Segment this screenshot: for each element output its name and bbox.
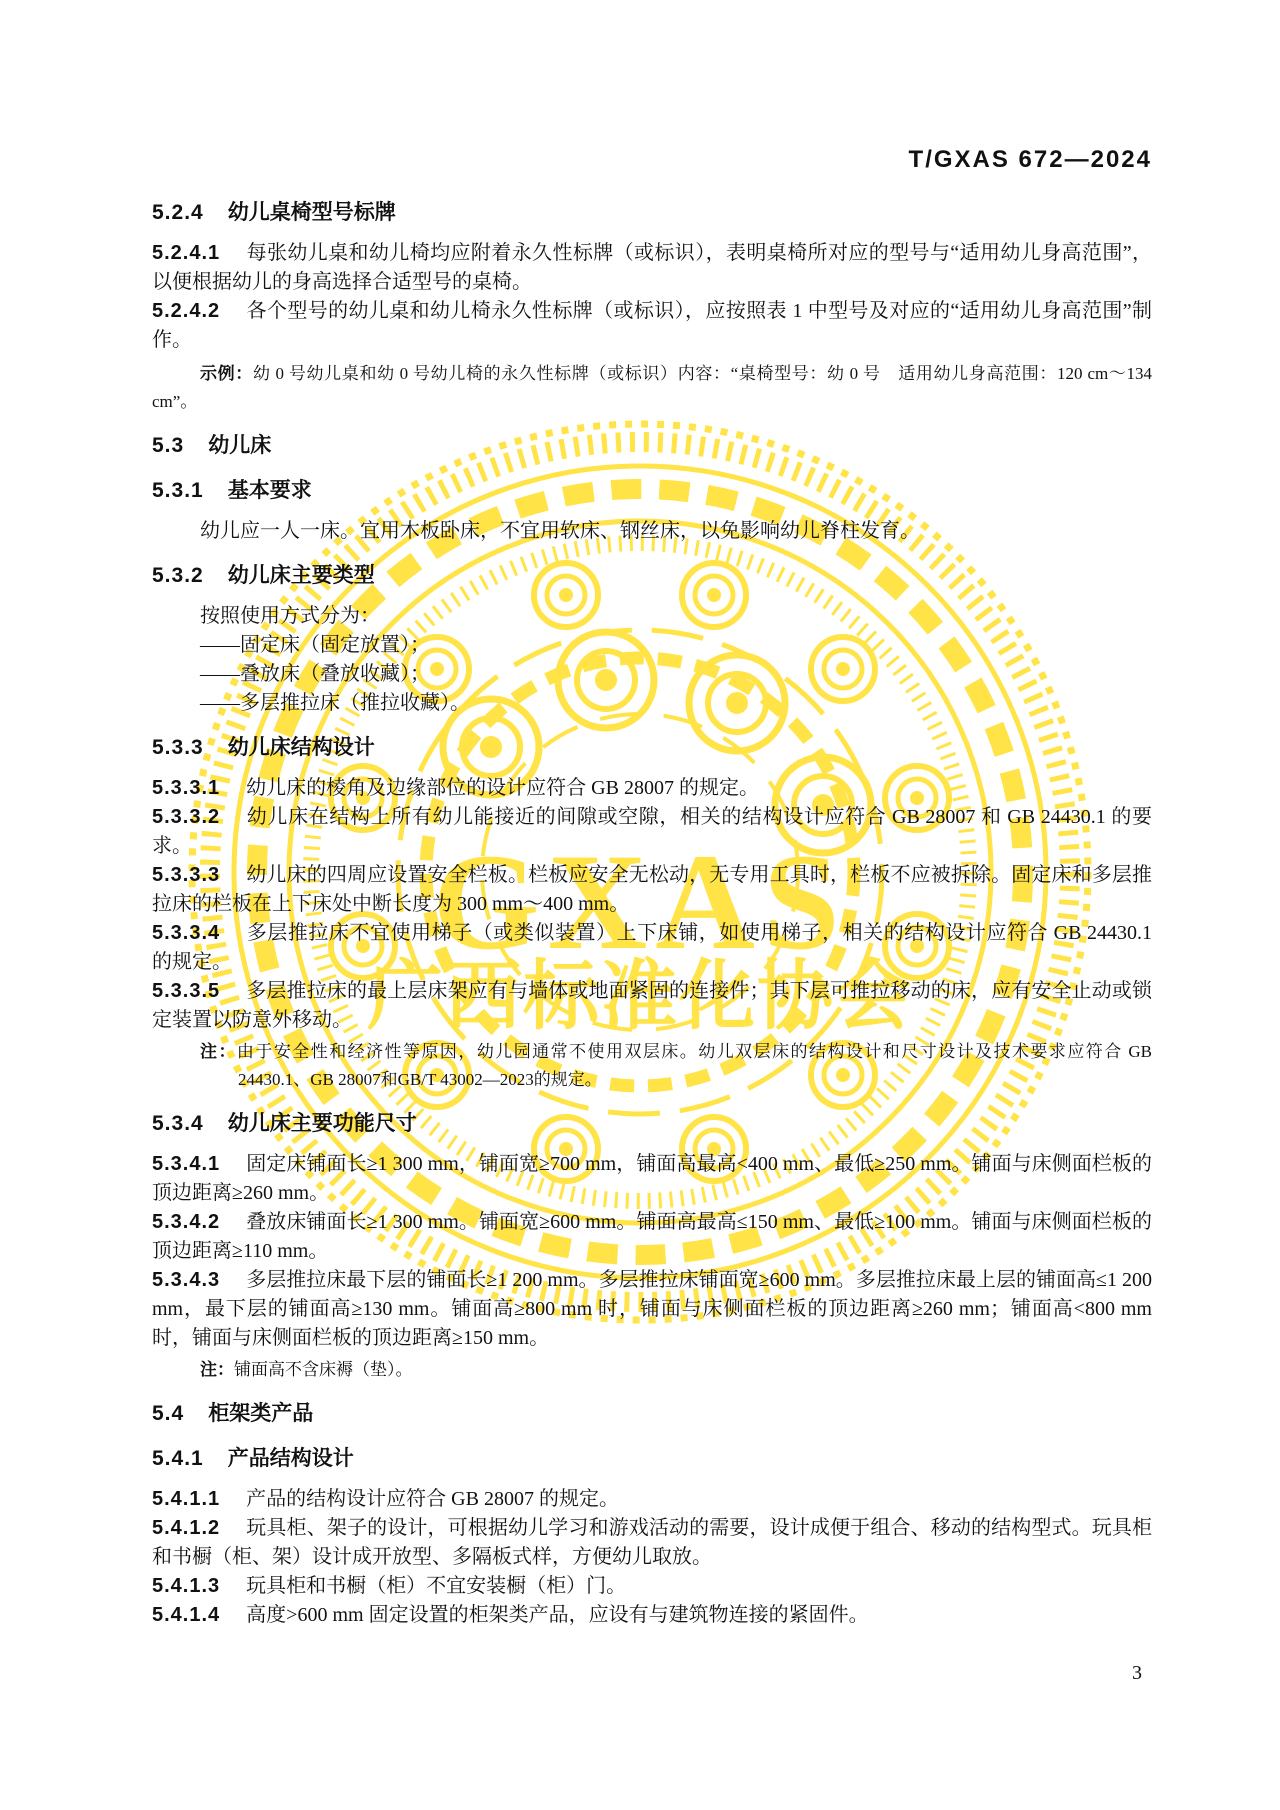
clause-number: 5.2.4 xyxy=(152,201,204,224)
dash-list-item: ——固定床（固定放置）； xyxy=(152,631,1152,660)
clause-text: 幼儿床的棱角及边缘部位的设计应符合 GB 28007 的规定。 xyxy=(246,777,759,799)
clause-number: 5.3.4.3 xyxy=(152,1269,220,1291)
clause-number: 5.2.4.1 xyxy=(152,242,220,264)
clause-5-4-1-1: 5.4.1.1产品的结构设计应符合 GB 28007 的规定。 xyxy=(152,1485,1152,1514)
clause-number: 5.4.1.2 xyxy=(152,1517,220,1539)
clause-number: 5.3 xyxy=(152,434,184,457)
clause-number: 5.3.3.3 xyxy=(152,864,220,886)
clause-text: 玩具柜、架子的设计，可根据幼儿学习和游戏活动的需要，设计成便于组合、移动的结构型… xyxy=(152,1517,1152,1568)
clause-5-3-3-1: 5.3.3.1幼儿床的棱角及边缘部位的设计应符合 GB 28007 的规定。 xyxy=(152,774,1152,803)
clause-5-3-3-4: 5.3.3.4多层推拉床不宜使用梯子（或类似装置）上下床铺，如使用梯子，相关的结… xyxy=(152,919,1152,977)
document-page: GXAS 广西标准化协会 T/GXAS 672—2024 5.2.4幼儿桌椅型号… xyxy=(0,0,1280,1810)
note-label: 注： xyxy=(200,1360,234,1379)
clause-5-2-4-1: 5.2.4.1每张幼儿桌和幼儿椅均应附着永久性标牌（或标识），表明桌椅所对应的型… xyxy=(152,239,1152,297)
note-text: 由于安全性和经济性等原因，幼儿园通常不使用双层床。幼儿双层床的结构设计和尺寸设计… xyxy=(237,1042,1152,1089)
clause-5-4-1-2: 5.4.1.2玩具柜、架子的设计，可根据幼儿学习和游戏活动的需要，设计成便于组合… xyxy=(152,1514,1152,1572)
clause-heading-5-3-3: 5.3.3幼儿床结构设计 xyxy=(152,733,1152,763)
clause-text: 幼儿床在结构上所有幼儿能接近的间隙或空隙，相关的结构设计应符合 GB 28007… xyxy=(152,806,1152,857)
clause-title: 柜架类产品 xyxy=(208,1402,313,1425)
clause-heading-5-3-4: 5.3.4幼儿床主要功能尺寸 xyxy=(152,1109,1152,1139)
note-label: 注： xyxy=(200,1042,237,1061)
clause-number: 5.4.1.4 xyxy=(152,1604,220,1626)
clause-5-3-3-3: 5.3.3.3幼儿床的四周应设置安全栏板。栏板应安全无松动，无专用工具时，栏板不… xyxy=(152,861,1152,919)
clause-text: 多层推拉床的最上层床架应有与墙体或地面紧固的连接件；其下层可推拉移动的床，应有安… xyxy=(152,980,1152,1031)
clause-5-3-4-2: 5.3.4.2叠放床铺面长≥1 300 mm。铺面宽≥600 mm。铺面高最高≤… xyxy=(152,1208,1152,1266)
document-body: T/GXAS 672—2024 5.2.4幼儿桌椅型号标牌 5.2.4.1每张幼… xyxy=(152,146,1152,1630)
dash-list-item: ——叠放床（叠放收藏）； xyxy=(152,660,1152,689)
clause-heading-5-3-2: 5.3.2幼儿床主要类型 xyxy=(152,561,1152,591)
clause-number: 5.3.4.2 xyxy=(152,1211,220,1233)
clause-text: 玩具柜和书橱（柜）不宜安装橱（柜）门。 xyxy=(246,1575,626,1597)
clause-number: 5.4 xyxy=(152,1402,184,1425)
clause-5-4-1-3: 5.4.1.3玩具柜和书橱（柜）不宜安装橱（柜）门。 xyxy=(152,1572,1152,1601)
clause-title: 幼儿床主要功能尺寸 xyxy=(228,1112,417,1135)
clause-number: 5.2.4.2 xyxy=(152,300,220,322)
standard-code-header: T/GXAS 672—2024 xyxy=(152,146,1152,174)
clause-title: 幼儿桌椅型号标牌 xyxy=(228,201,396,224)
clause-number: 5.4.1 xyxy=(152,1447,204,1470)
clause-number: 5.3.3.2 xyxy=(152,806,220,828)
page-number: 3 xyxy=(1132,1662,1142,1685)
clause-text: 高度>600 mm 固定设置的柜架类产品，应设有与建筑物连接的紧固件。 xyxy=(246,1604,868,1626)
clause-text: 产品的结构设计应符合 GB 28007 的规定。 xyxy=(246,1488,619,1510)
section-heading-5-3: 5.3幼儿床 xyxy=(152,431,1152,461)
clause-5-4-1-4: 5.4.1.4高度>600 mm 固定设置的柜架类产品，应设有与建筑物连接的紧固… xyxy=(152,1601,1152,1630)
clause-number: 5.4.1.3 xyxy=(152,1575,220,1597)
clause-number: 5.4.1.1 xyxy=(152,1488,220,1510)
clause-number: 5.3.3.1 xyxy=(152,777,220,799)
clause-5-3-3-5: 5.3.3.5多层推拉床的最上层床架应有与墙体或地面紧固的连接件；其下层可推拉移… xyxy=(152,977,1152,1035)
clause-heading-5-3-1: 5.3.1基本要求 xyxy=(152,476,1152,506)
clause-heading-5-4-1: 5.4.1产品结构设计 xyxy=(152,1444,1152,1474)
clause-text: 多层推拉床不宜使用梯子（或类似装置）上下床铺，如使用梯子，相关的结构设计应符合 … xyxy=(152,922,1152,973)
clause-number: 5.3.1 xyxy=(152,479,204,502)
clause-number: 5.3.4 xyxy=(152,1112,204,1135)
clause-text: 叠放床铺面长≥1 300 mm。铺面宽≥600 mm。铺面高最高≤150 mm、… xyxy=(152,1211,1152,1262)
dash-list-item: ——多层推拉床（推拉收藏）。 xyxy=(152,689,1152,718)
clause-text: 幼儿床的四周应设置安全栏板。栏板应安全无松动，无专用工具时，栏板不应被拆除。固定… xyxy=(152,864,1152,915)
clause-5-3-4-1: 5.3.4.1固定床铺面长≥1 300 mm，铺面宽≥700 mm，铺面高最高<… xyxy=(152,1150,1152,1208)
clause-5-2-4-2: 5.2.4.2各个型号的幼儿桌和幼儿椅永久性标牌（或标识），应按照表 1 中型号… xyxy=(152,297,1152,355)
clause-title: 基本要求 xyxy=(228,479,312,502)
clause-number: 5.3.2 xyxy=(152,564,204,587)
note-paragraph: 注：铺面高不含床褥（垫）。 xyxy=(152,1356,1152,1384)
clause-number: 5.3.3 xyxy=(152,736,204,759)
clause-text: 多层推拉床最下层的铺面长≥1 200 mm。多层推拉床铺面宽≥600 mm。多层… xyxy=(152,1269,1152,1349)
clause-number: 5.3.3.4 xyxy=(152,922,220,944)
clause-5-3-4-3: 5.3.4.3多层推拉床最下层的铺面长≥1 200 mm。多层推拉床铺面宽≥60… xyxy=(152,1266,1152,1353)
clause-title: 产品结构设计 xyxy=(228,1447,354,1470)
note-text: 铺面高不含床褥（垫）。 xyxy=(234,1360,413,1379)
clause-5-3-3-2: 5.3.3.2幼儿床在结构上所有幼儿能接近的间隙或空隙，相关的结构设计应符合 G… xyxy=(152,803,1152,861)
clause-text: 固定床铺面长≥1 300 mm，铺面宽≥700 mm，铺面高最高<400 mm、… xyxy=(152,1153,1152,1204)
clause-title: 幼儿床结构设计 xyxy=(228,736,375,759)
example-label: 示例： xyxy=(200,364,253,383)
clause-number: 5.3.4.1 xyxy=(152,1153,220,1175)
example-text: 幼 0 号幼儿桌和幼 0 号幼儿椅的永久性标牌（或标识）内容：“桌椅型号：幼 0… xyxy=(152,364,1152,411)
clause-text: 每张幼儿桌和幼儿椅均应附着永久性标牌（或标识），表明桌椅所对应的型号与“适用幼儿… xyxy=(152,242,1152,293)
note-paragraph: 注：由于安全性和经济性等原因，幼儿园通常不使用双层床。幼儿双层床的结构设计和尺寸… xyxy=(152,1038,1152,1094)
clause-title: 幼儿床 xyxy=(208,434,271,457)
clause-title: 幼儿床主要类型 xyxy=(228,564,375,587)
clause-number: 5.3.3.5 xyxy=(152,980,220,1002)
example-paragraph: 示例：幼 0 号幼儿桌和幼 0 号幼儿椅的永久性标牌（或标识）内容：“桌椅型号：… xyxy=(152,360,1152,416)
clause-text: 各个型号的幼儿桌和幼儿椅永久性标牌（或标识），应按照表 1 中型号及对应的“适用… xyxy=(152,300,1152,351)
body-paragraph: 幼儿应一人一床。宜用木板卧床，不宜用软床、钢丝床，以免影响幼儿脊柱发育。 xyxy=(152,517,1152,546)
body-paragraph: 按照使用方式分为： xyxy=(152,602,1152,631)
section-heading-5-4: 5.4柜架类产品 xyxy=(152,1399,1152,1429)
clause-heading-5-2-4: 5.2.4幼儿桌椅型号标牌 xyxy=(152,198,1152,228)
